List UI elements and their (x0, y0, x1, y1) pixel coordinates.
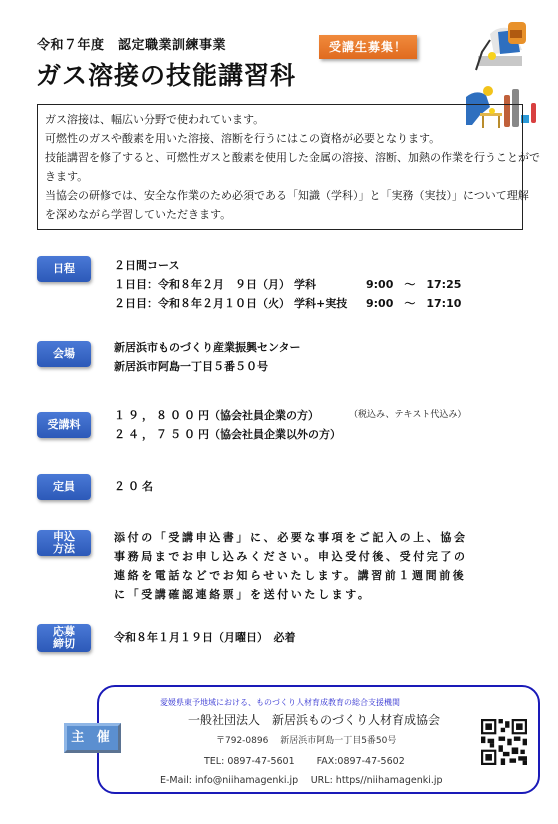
welder-illustration-icon (470, 20, 540, 74)
venue-name: 新居浜市ものづくり産業振興センター (114, 338, 301, 357)
qr-code-icon[interactable] (481, 719, 527, 765)
subtitle: 令和７年度 認定職業訓練事業 (37, 34, 226, 53)
fee-who: （協会社員企業以外の方） (209, 425, 369, 444)
venue-address: 新居浜市阿島一丁目５番５０号 (114, 357, 301, 376)
footer-tagline: 愛媛県東予地域における、ものづくり人材育成教育の総合支援機関 (0, 697, 558, 708)
deadline-value: 令和８年１月１９日（月曜日） 必着 (114, 628, 296, 647)
day-date: １日目：令和８年２月 ９日（月） (114, 275, 294, 294)
schedule-day-2: ２日目：令和８年２月１０日（火） 学科+実技 9:00 ～ 17:10 (114, 294, 461, 313)
footer-tel-fax: TEL: 0897-47-5601 FAX:0897-47-5602 (204, 753, 405, 767)
capacity-value: ２０名 (114, 477, 156, 496)
intro-line: 当協会の研修では、安全な作業のため必須である「知識（学科）」と「実務（実技）」に… (45, 186, 515, 205)
fee-row: １９，８００円 （協会社員企業の方） （税込み、テキスト代込み） (114, 406, 466, 425)
footer-mail-url: E-Mail: info@niihamagenki.jp URL: https/… (160, 772, 443, 786)
fee-who: （協会社員企業の方） (209, 406, 349, 425)
venue-label: 会場 (37, 341, 91, 367)
page-title: ガス溶接の技能講習科 (36, 56, 296, 92)
fee-row: ２４，７５０円 （協会社員企業以外の方） (114, 425, 466, 444)
intro-line: ガス溶接は、幅広い分野で使われています。 (45, 110, 515, 129)
apply-text: 添付の「受講申込書」に、必要な事項をご記入の上、協会事務局までお申し込みください… (114, 528, 469, 604)
capacity-label: 定員 (37, 474, 91, 500)
fee-amount: １９，８００円 (114, 406, 209, 425)
day-time: 9:00 ～ 17:25 (366, 275, 461, 294)
course-length: ２日間コース (114, 256, 461, 275)
footer-org: 一般社団法人 新居浜ものづくり人材育成協会 (188, 711, 440, 728)
fee-note: （税込み、テキスト代込み） (349, 406, 466, 425)
day-type: 学科 (294, 275, 366, 294)
intro-line: 技能講習を修了すると、可燃性ガスと酸素を使用した金属の溶接、溶断、加熱の作業を行… (45, 148, 515, 167)
footer-address: 〒792-0896 新居浜市阿島一丁目5番50号 (216, 733, 396, 746)
fee-content: １９，８００円 （協会社員企業の方） （税込み、テキスト代込み） ２４，７５０円… (114, 406, 466, 444)
schedule-day-1: １日目：令和８年２月 ９日（月） 学科 9:00 ～ 17:25 (114, 275, 461, 294)
deadline-label: 応募 締切 (37, 624, 91, 652)
recruit-badge: 受講生募集！ (319, 35, 417, 59)
schedule-label: 日程 (37, 256, 91, 282)
intro-line: 可燃性のガスや酸素を用いた溶接、溶断を行うにはこの資格が必要となります。 (45, 129, 515, 148)
intro-line: を深めながら学習していただきます。 (45, 205, 515, 224)
day-date: ２日目：令和８年２月１０日（火） (114, 294, 294, 313)
intro-box: ガス溶接は、幅広い分野で使われています。 可燃性のガスや酸素を用いた溶接、溶断を… (37, 104, 523, 230)
fee-label: 受講料 (37, 412, 91, 438)
host-badge: 主 催 (64, 723, 121, 753)
venue-content: 新居浜市ものづくり産業振興センター 新居浜市阿島一丁目５番５０号 (114, 338, 301, 376)
schedule-content: ２日間コース １日目：令和８年２月 ９日（月） 学科 9:00 ～ 17:25 … (114, 256, 461, 313)
day-type: 学科+実技 (294, 294, 366, 313)
apply-label: 申込 方法 (37, 530, 91, 556)
fee-amount: ２４，７５０円 (114, 425, 209, 444)
day-time: 9:00 ～ 17:10 (366, 294, 461, 313)
intro-line: きます。 (45, 167, 515, 186)
